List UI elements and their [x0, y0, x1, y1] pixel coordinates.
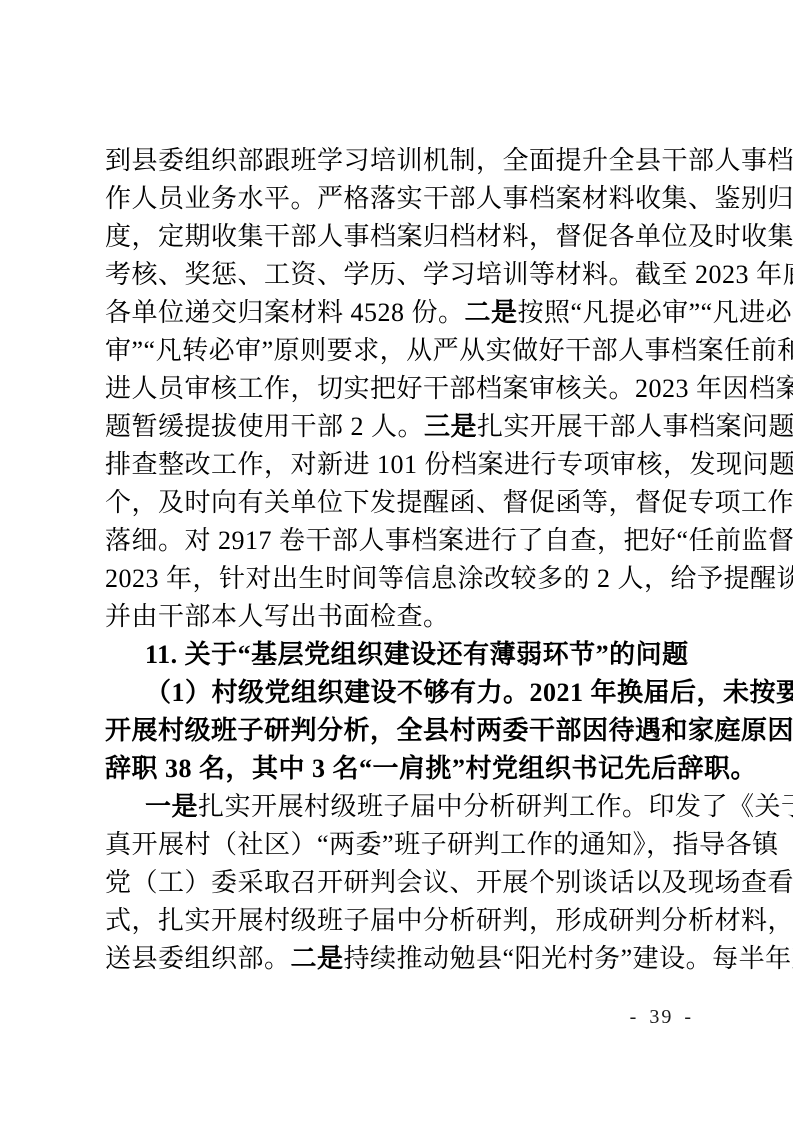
text-line: 题暂缓提拔使用干部 2 人。三是扎实开展干部人事档案问题专项 [105, 408, 753, 446]
text-segment: 真开展村（社区）“两委”班子研判工作的通知》，指导各镇（街） [105, 830, 793, 859]
text-line: 到县委组织部跟班学习培训机制，全面提升全县干部人事档案工 [105, 142, 753, 180]
text-line: 落细。对 2917 卷干部人事档案进行了自查，把好“任前监督关”。 [105, 522, 753, 560]
bold-text-segment: 11. 关于“基层党组织建设还有薄弱环节”的问题 [145, 640, 689, 669]
text-line: 辞职 38 名，其中 3 名“一肩挑”村党组织书记先后辞职。 [105, 750, 753, 788]
text-line: 作人员业务水平。严格落实干部人事档案材料收集、鉴别归档制 [105, 180, 753, 218]
text-segment: 2023 年，针对出生时间等信息涂改较多的 2 人，给予提醒谈话 [105, 564, 793, 593]
text-segment: 作人员业务水平。严格落实干部人事档案材料收集、鉴别归档制 [105, 184, 793, 213]
text-segment: 扎实开展干部人事档案问题专项 [477, 412, 793, 441]
text-line: 审”“凡转必审”原则要求，从严从实做好干部人事档案任前和新 [105, 332, 753, 370]
text-line: 11. 关于“基层党组织建设还有薄弱环节”的问题 [105, 636, 753, 674]
bold-text-segment: 一是 [145, 792, 198, 821]
text-line: 真开展村（社区）“两委”班子研判工作的通知》，指导各镇（街） [105, 826, 753, 864]
text-line: 式，扎实开展村级班子届中分析研判，形成研判分析材料，并报 [105, 902, 753, 940]
text-line: 党（工）委采取召开研判会议、开展个别谈话以及现场查看等方 [105, 864, 753, 902]
text-segment: 度，定期收集干部人事档案归档材料，督促各单位及时收集报送 [105, 222, 793, 251]
bold-text-segment: （1）村级党组织建设不够有力。2021 年换届后，未按要求 [145, 678, 793, 707]
text-line: 度，定期收集干部人事档案归档材料，督促各单位及时收集报送 [105, 218, 753, 256]
text-segment: 并由干部本人写出书面检查。 [105, 602, 450, 631]
text-segment: 持续推动勉县“阳光村务”建设。每半年对村 [344, 944, 793, 973]
text-segment: 扎实开展村级班子届中分析研判工作。印发了《关于认 [198, 792, 793, 821]
text-line: 个，及时向有关单位下发提醒函、督促函等，督促专项工作落实 [105, 484, 753, 522]
text-line: 一是扎实开展村级班子届中分析研判工作。印发了《关于认 [105, 788, 753, 826]
bold-text-segment: 三是 [424, 412, 477, 441]
bold-text-segment: 二是 [291, 944, 344, 973]
text-segment: 落细。对 2917 卷干部人事档案进行了自查，把好“任前监督关”。 [105, 526, 793, 555]
text-line: 各单位递交归案材料 4528 份。二是按照“凡提必审”“凡进必 [105, 294, 753, 332]
text-line: 开展村级班子研判分析，全县村两委干部因待遇和家庭原因主动 [105, 712, 753, 750]
text-segment: 按照“凡提必审”“凡进必 [518, 298, 793, 327]
text-line: （1）村级党组织建设不够有力。2021 年换届后，未按要求 [105, 674, 753, 712]
text-segment: 审”“凡转必审”原则要求，从严从实做好干部人事档案任前和新 [105, 336, 793, 365]
text-line: 考核、奖惩、工资、学历、学习培训等材料。截至 2023 年底， [105, 256, 753, 294]
text-segment: 题暂缓提拔使用干部 2 人。 [105, 412, 424, 441]
document-body: 到县委组织部跟班学习培训机制，全面提升全县干部人事档案工作人员业务水平。严格落实… [105, 142, 753, 978]
text-segment: 各单位递交归案材料 4528 份。 [105, 298, 465, 327]
text-segment: 党（工）委采取召开研判会议、开展个别谈话以及现场查看等方 [105, 868, 793, 897]
text-line: 进人员审核工作，切实把好干部档案审核关。2023 年因档案问 [105, 370, 753, 408]
text-line: 送县委组织部。二是持续推动勉县“阳光村务”建设。每半年对村 [105, 940, 753, 978]
bold-text-segment: 辞职 38 名，其中 3 名“一肩挑”村党组织书记先后辞职。 [105, 754, 757, 783]
text-line: 2023 年，针对出生时间等信息涂改较多的 2 人，给予提醒谈话 [105, 560, 753, 598]
page-number: - 39 - [630, 1004, 693, 1030]
text-segment: 排查整改工作，对新进 101 份档案进行专项审核，发现问题 15 [105, 450, 793, 479]
text-segment: 送县委组织部。 [105, 944, 291, 973]
text-segment: 到县委组织部跟班学习培训机制，全面提升全县干部人事档案工 [105, 146, 793, 175]
document-page: 到县委组织部跟班学习培训机制，全面提升全县干部人事档案工作人员业务水平。严格落实… [0, 0, 793, 1122]
text-segment: 考核、奖惩、工资、学历、学习培训等材料。截至 2023 年底， [105, 260, 793, 289]
text-segment: 进人员审核工作，切实把好干部档案审核关。2023 年因档案问 [105, 374, 793, 403]
bold-text-segment: 二是 [465, 298, 518, 327]
text-line: 排查整改工作，对新进 101 份档案进行专项审核，发现问题 15 [105, 446, 753, 484]
text-segment: 个，及时向有关单位下发提醒函、督促函等，督促专项工作落实 [105, 488, 793, 517]
text-segment: 式，扎实开展村级班子届中分析研判，形成研判分析材料，并报 [105, 906, 793, 935]
bold-text-segment: 开展村级班子研判分析，全县村两委干部因待遇和家庭原因主动 [105, 716, 793, 745]
text-line: 并由干部本人写出书面检查。 [105, 598, 753, 636]
